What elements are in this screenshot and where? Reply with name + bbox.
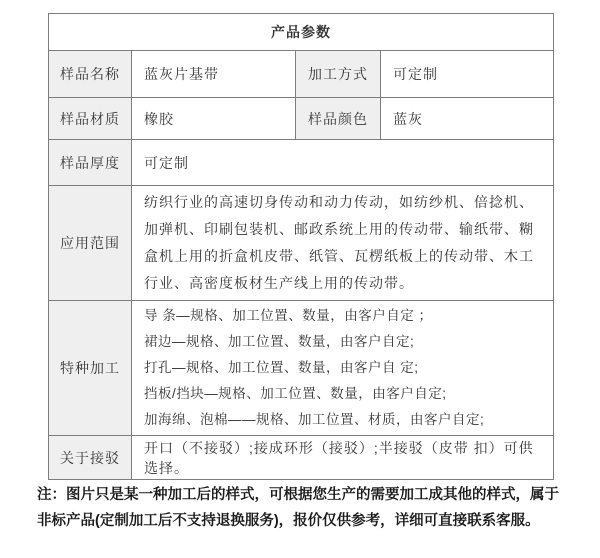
row-thickness: 样品厚度 可定制 [49,140,554,186]
label-material: 样品材质 [49,98,132,140]
label-process-method: 加工方式 [296,51,381,98]
label-thickness: 样品厚度 [49,140,132,186]
value-sample-name: 蓝灰片基带 [132,51,296,98]
label-application: 应用范围 [49,186,132,301]
row-application: 应用范围 纺织行业的高速切身传动和动力传动，如纺纱机、倍捻机、加弹机、印刷包装机… [49,186,554,301]
note-text: 注：图片只是某一种加工后的样式，可根据您生产的需要加工成其他的样式，属于非标产品… [37,482,563,534]
product-params-table: 产品参数 样品名称 蓝灰片基带 加工方式 可定制 样品材质 橡胶 样品颜色 蓝灰… [48,13,554,480]
value-joint: 开口（不接驳）;接成环形（接驳）;半接驳（皮带 扣）可供选择。 [132,436,554,480]
label-color: 样品颜色 [296,98,381,140]
value-special-processing: 导 条—规格、加工位置、数量，由客户自定 ； 裙边—规格、加工位置、数量，由客户… [132,301,554,436]
special-line-sponge: 加海绵、泡棉——规格、加工位置、材质，由客户自定; [144,407,543,433]
row-material: 样品材质 橡胶 样品颜色 蓝灰 [49,98,554,140]
special-line-baffle: 挡板/挡块—规格、加工位置、数量，由客户自定; [144,381,543,407]
value-application: 纺织行业的高速切身传动和动力传动，如纺纱机、倍捻机、加弹机、印刷包装机、邮政系统… [132,186,554,301]
value-thickness: 可定制 [132,140,554,186]
label-special-processing: 特种加工 [49,301,132,436]
row-sample-name: 样品名称 蓝灰片基带 加工方式 可定制 [49,51,554,98]
value-color: 蓝灰 [381,98,554,140]
special-line-skirt: 裙边—规格、加工位置、数量，由客户自定; [144,329,543,355]
label-joint: 关于接驳 [49,436,132,480]
label-sample-name: 样品名称 [49,51,132,98]
value-material: 橡胶 [132,98,296,140]
value-process-method: 可定制 [381,51,554,98]
special-line-punch: 打孔—规格、加工位置、数量，由客户自 定; [144,355,543,381]
product-parameters-page: 产品参数 样品名称 蓝灰片基带 加工方式 可定制 样品材质 橡胶 样品颜色 蓝灰… [0,0,600,558]
table-title: 产品参数 [49,14,554,51]
row-joint: 关于接驳 开口（不接驳）;接成环形（接驳）;半接驳（皮带 扣）可供选择。 [49,436,554,480]
title-row: 产品参数 [49,14,554,51]
special-line-guide-strip: 导 条—规格、加工位置、数量，由客户自定 ； [144,303,543,329]
row-special-processing: 特种加工 导 条—规格、加工位置、数量，由客户自定 ； 裙边—规格、加工位置、数… [49,301,554,436]
